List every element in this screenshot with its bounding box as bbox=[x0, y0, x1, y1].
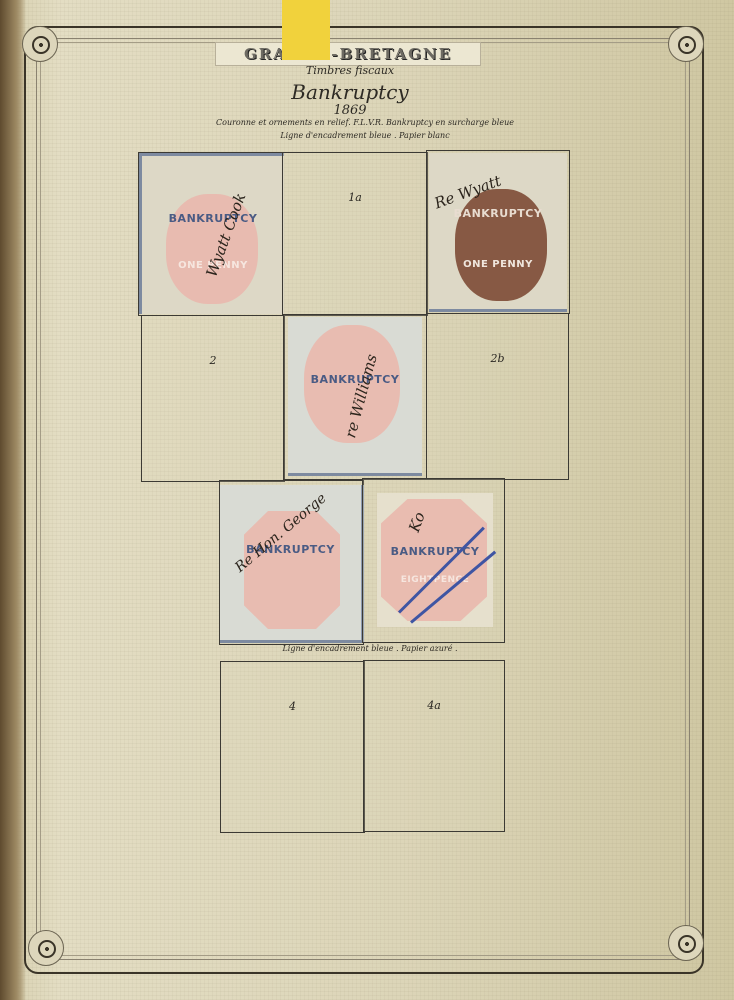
description-line-3: Ligne d'encadrement bleue . Papier azuré… bbox=[220, 644, 520, 653]
overprint: BANKRUPTCY bbox=[429, 207, 567, 220]
stamp-space-3a: BANKRUPTCY EIGHTPENCE Ko bbox=[362, 478, 505, 643]
subtitle: Timbres fiscaux bbox=[250, 64, 450, 77]
description-line-1: Couronne et ornements en relief. F.L.V.R… bbox=[140, 118, 590, 127]
country-banner-text: GRANDE-BRETAGNE bbox=[244, 45, 452, 63]
stamp: BANKRUPTCY ONE PENNY Re Wyatt bbox=[429, 153, 567, 312]
value-text: ONE PENNY bbox=[429, 259, 567, 270]
book-gutter bbox=[0, 0, 26, 1000]
catalog-number: 4a bbox=[364, 699, 504, 712]
overprint: BANKRUPTCY bbox=[142, 212, 284, 225]
corner-ornament-icon bbox=[22, 26, 58, 62]
stamp: BANKRUPTCY re Williams bbox=[288, 317, 422, 476]
stamp-space-2a: BANKRUPTCY re Williams bbox=[283, 314, 427, 480]
page-title: Bankruptcy bbox=[230, 80, 470, 104]
description-line-2: Ligne d'encadrement bleue . Papier blanc bbox=[190, 131, 540, 140]
stamp-space-1a: 1a bbox=[282, 152, 428, 316]
stamp: BANKRUPTCY Re Hon. George bbox=[220, 485, 364, 643]
embossed-design bbox=[455, 189, 547, 301]
stamp-space-2: 2 bbox=[141, 315, 285, 482]
stamp-space-1b: BANKRUPTCY ONE PENNY Re Wyatt bbox=[426, 150, 570, 314]
stamp-space-4: 4 bbox=[220, 661, 365, 833]
stamp-space-1: BANKRUPTCY ONE PENNY Wyatt Cook bbox=[138, 152, 284, 316]
stamp: BANKRUPTCY EIGHTPENCE Ko bbox=[377, 493, 493, 627]
catalog-number: 1a bbox=[283, 191, 427, 204]
stamp-space-4a: 4a bbox=[363, 660, 505, 832]
catalog-number: 2b bbox=[427, 352, 568, 365]
yellow-tab bbox=[282, 0, 330, 60]
year: 1869 bbox=[300, 103, 400, 118]
stamp-space-3: BANKRUPTCY Re Hon. George bbox=[219, 480, 364, 645]
corner-ornament-icon bbox=[28, 930, 64, 966]
stamp: BANKRUPTCY ONE PENNY Wyatt Cook bbox=[139, 153, 284, 314]
overprint: BANKRUPTCY bbox=[377, 545, 493, 558]
catalog-number: 2 bbox=[142, 354, 284, 367]
stamp-space-2b: 2b bbox=[426, 313, 569, 480]
album-page: GRANDE-BRETAGNE Timbres fiscaux Bankrupt… bbox=[0, 0, 734, 1000]
corner-ornament-icon bbox=[668, 925, 704, 961]
country-banner: GRANDE-BRETAGNE bbox=[215, 42, 481, 66]
corner-ornament-icon bbox=[668, 26, 704, 62]
catalog-number: 4 bbox=[221, 700, 364, 713]
